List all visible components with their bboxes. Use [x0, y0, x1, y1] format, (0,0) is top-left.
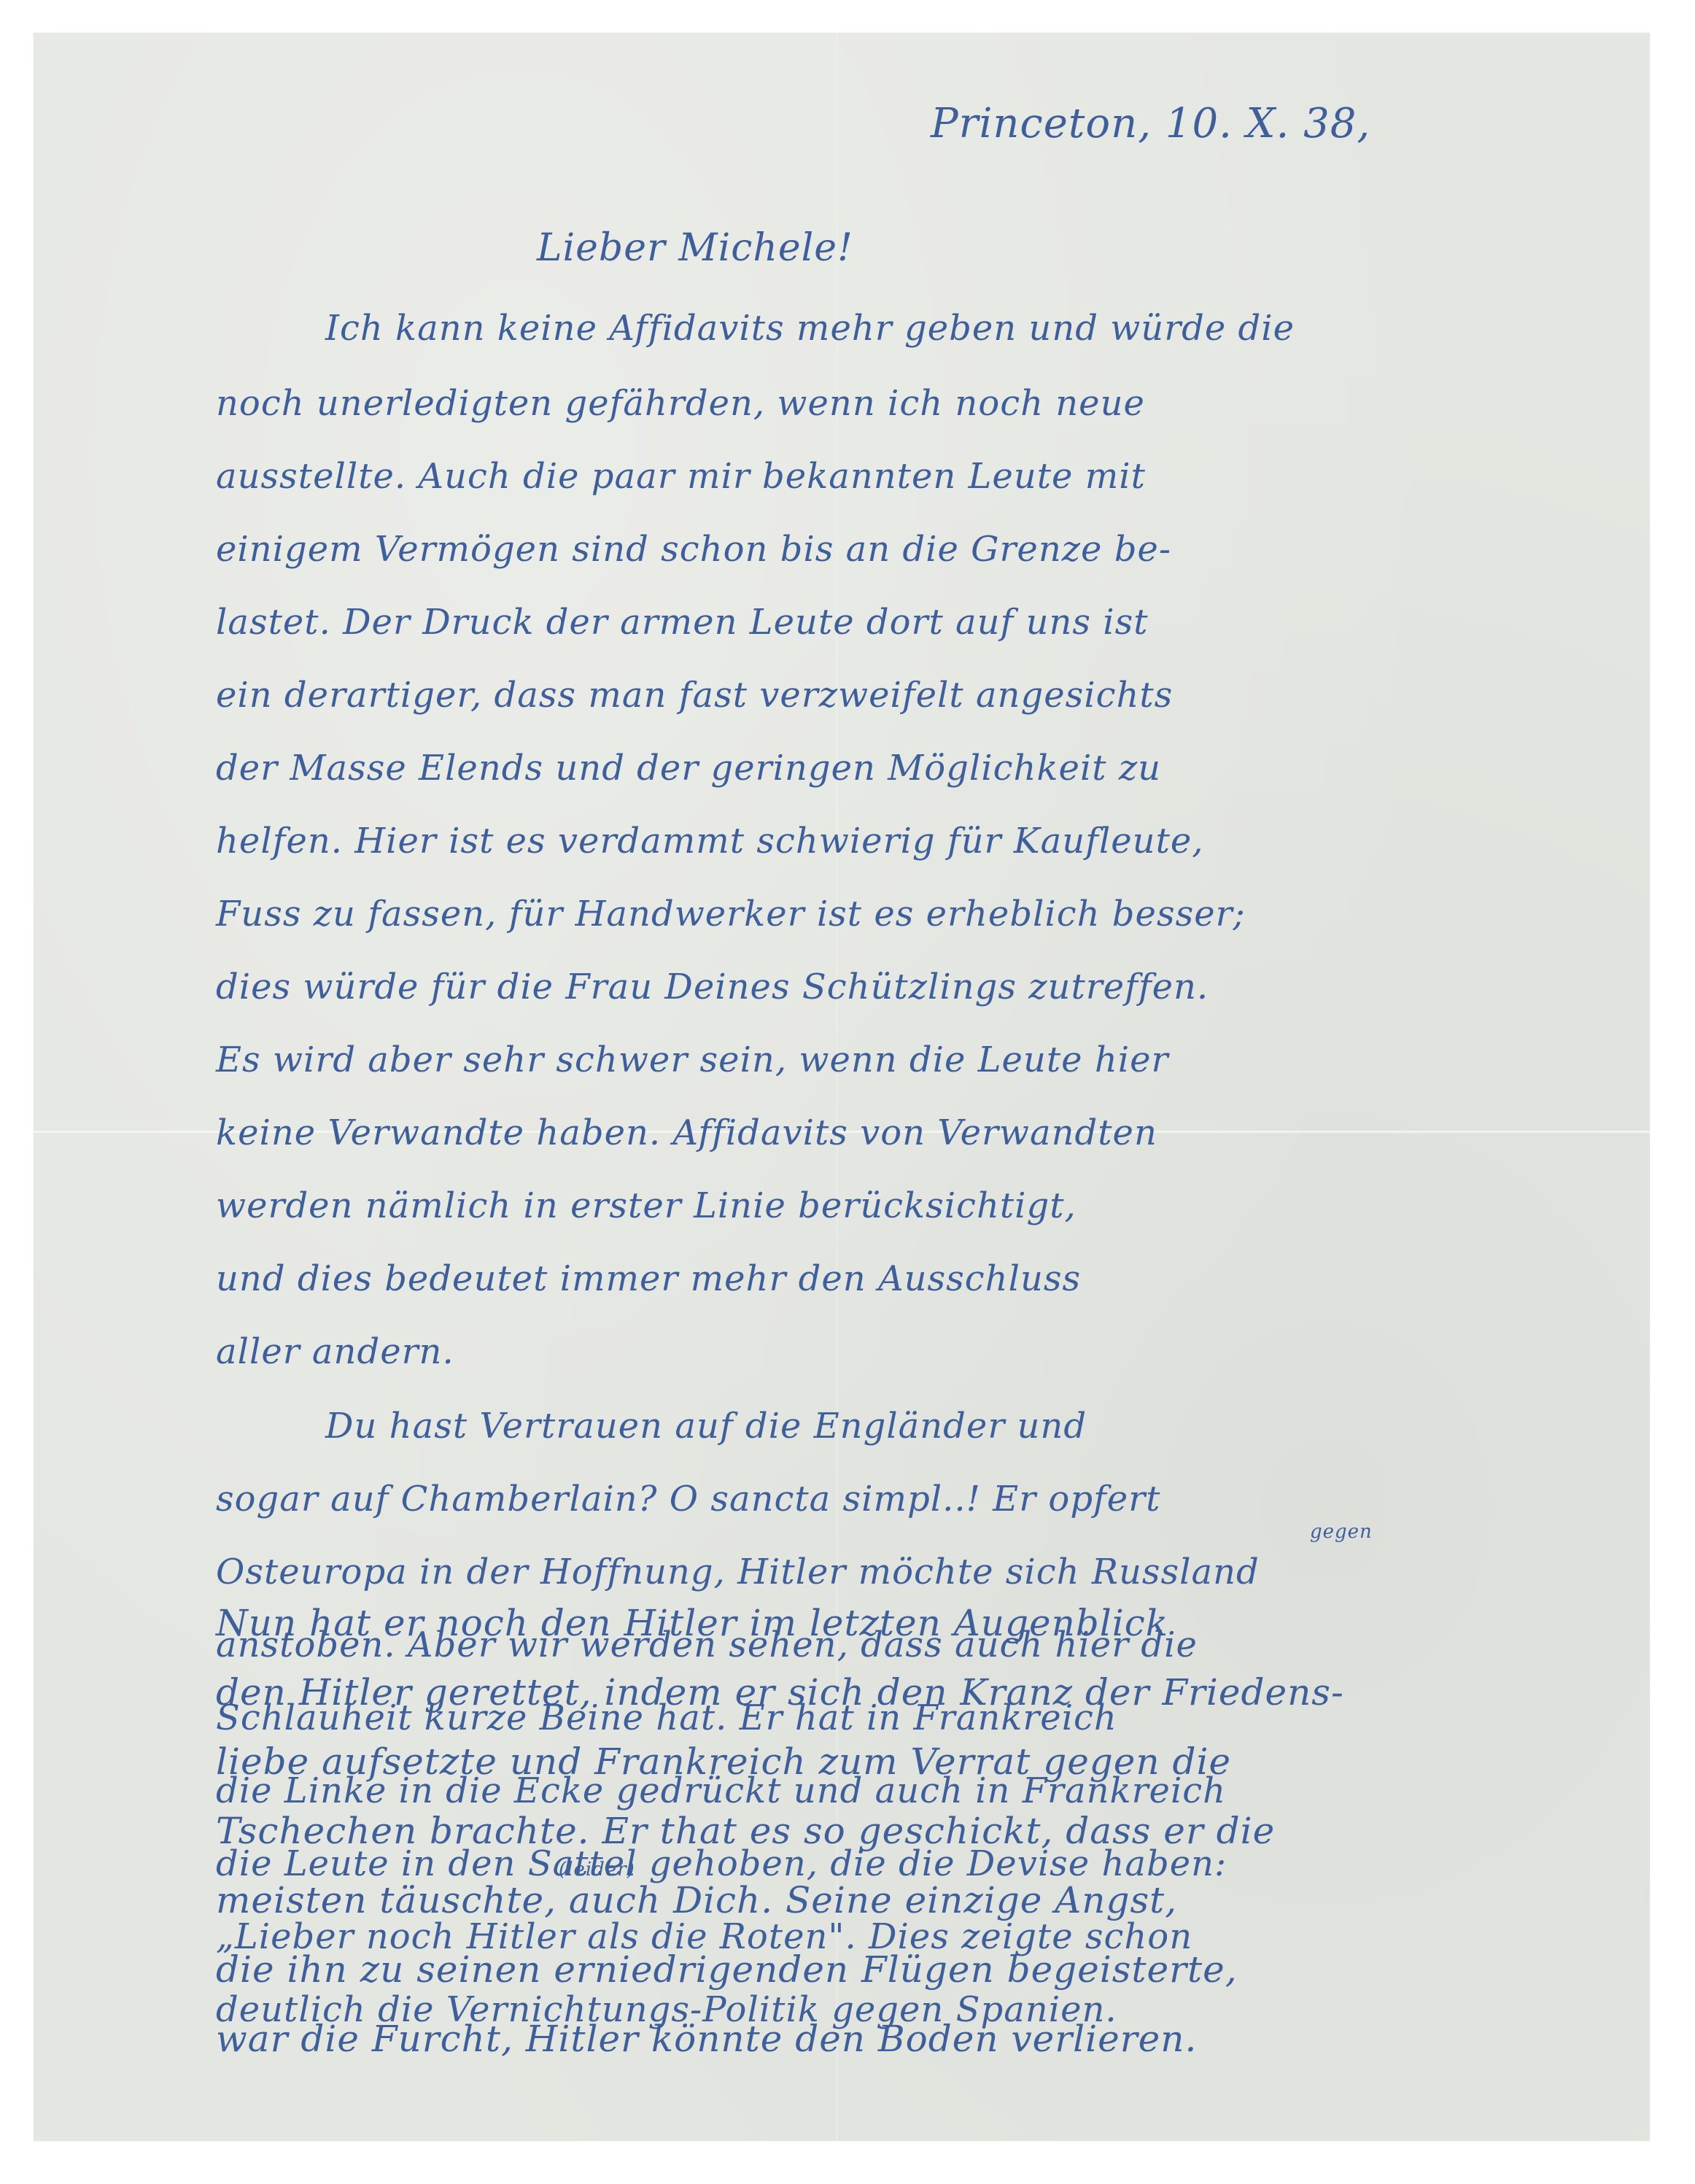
letter-line: keine Verwandte haben. Affidavits von Ve… [216, 1111, 1157, 1155]
letter-line: lastet. Der Druck der armen Leute dort a… [216, 600, 1149, 644]
place-date: Princeton, 10. X. 38, [931, 100, 1370, 147]
salutation: Lieber Michele! [537, 226, 853, 270]
letter-line: liebe aufsetzte und Frankreich zum Verra… [216, 1740, 1231, 1784]
letter-line: Osteuropa in der Hoffnung, Hitler möchte… [216, 1550, 1260, 1594]
letter-line: helfen. Hier ist es verdammt schwierig f… [216, 819, 1204, 863]
insertion-above-russland: gegen [1310, 1521, 1373, 1543]
letter-line: die ihn zu seinen erniedrigenden Flügen … [216, 1948, 1238, 1991]
letter-line: Ich kann keine Affidavits mehr geben und… [325, 306, 1295, 350]
letter-line: ein derartiger, dass man fast verzweifel… [216, 673, 1173, 717]
letter-line: noch unerledigten gefährden, wenn ich no… [216, 382, 1145, 425]
letter-line: und dies bedeutet immer mehr den Ausschl… [216, 1257, 1081, 1301]
letter-line: Es wird aber sehr schwer sein, wenn die … [216, 1038, 1168, 1082]
letter-line: den Hitler gerettet, indem er sich den K… [216, 1670, 1344, 1714]
letter-line: Tschechen brachte. Er that es so geschic… [216, 1809, 1275, 1853]
letter-line: war die Furcht, Hitler könnte den Boden … [216, 2017, 1197, 2061]
letter-line: werden nämlich in erster Linie berücksic… [216, 1184, 1077, 1228]
insertion-above-dich: (leider) [559, 1859, 635, 1881]
letter-line: Fuss zu fassen, für Handwerker ist es er… [216, 892, 1246, 936]
letter-line: meisten täuschte, auch Dich. Seine einzi… [216, 1878, 1177, 1922]
letter-line: der Masse Elends und der geringen Möglic… [216, 746, 1161, 790]
letter-line: aller andern. [216, 1330, 454, 1374]
letter-line: einigem Vermögen sind schon bis an die G… [216, 527, 1171, 571]
letter-line: ausstellte. Auch die paar mir bekannten … [216, 454, 1146, 498]
letter-line: Du hast Vertrauen auf die Engländer und [325, 1404, 1087, 1448]
letter-line: Nun hat er noch den Hitler im letzten Au… [216, 1601, 1168, 1645]
letter-line: sogar auf Chamberlain? O sancta simpl..!… [216, 1477, 1160, 1521]
letter-line: dies würde für die Frau Deines Schützlin… [216, 965, 1209, 1009]
